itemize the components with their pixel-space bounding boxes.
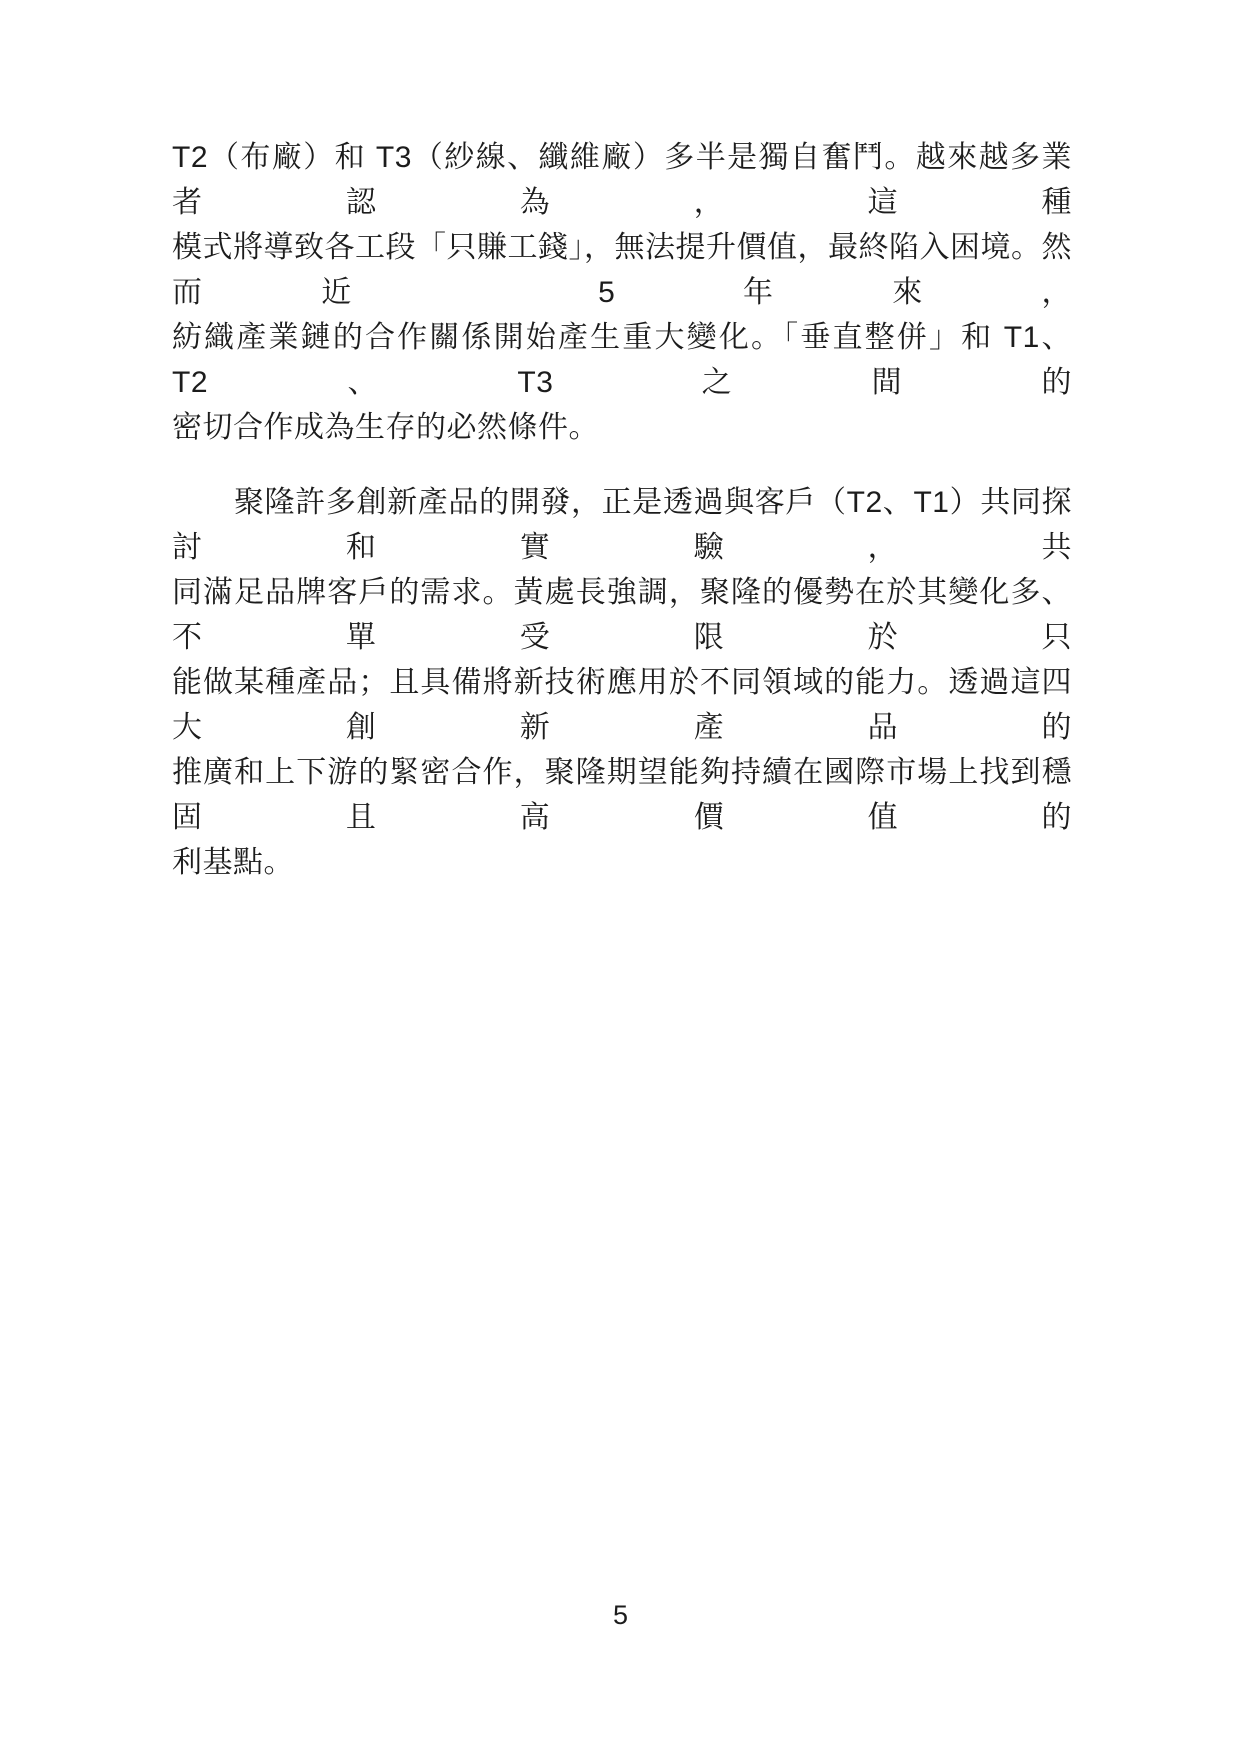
page-number: 5 xyxy=(0,1595,1241,1635)
paragraph-1-line-1: T2（布廠）和 T3（紗線、纖維廠）多半是獨自奮鬥。越來越多業者認為，這種 xyxy=(172,135,1072,225)
paragraph-2-line-4: 推廣和上下游的緊密合作，聚隆期望能夠持續在國際市場上找到穩固且高價值的 xyxy=(172,750,1072,840)
paragraph-1-line-3: 紡織產業鏈的合作關係開始產生重大變化。「垂直整併」和 T1、T2、T3 之間的 xyxy=(172,315,1072,405)
paragraph-1-line-2: 模式將導致各工段「只賺工錢」，無法提升價值，最終陷入困境。然而近 5 年來， xyxy=(172,225,1072,315)
paragraph-2-line-5: 利基點。 xyxy=(172,840,1072,885)
paragraph-2: 聚隆許多創新產品的開發，正是透過與客戶（T2、T1）共同探討和實驗，共 同滿足品… xyxy=(172,480,1072,885)
paragraph-2-line-1: 聚隆許多創新產品的開發，正是透過與客戶（T2、T1）共同探討和實驗，共 xyxy=(172,480,1072,570)
paragraph-2-line-2: 同滿足品牌客戶的需求。黃處長強調，聚隆的優勢在於其變化多、不單受限於只 xyxy=(172,570,1072,660)
document-page: T2（布廠）和 T3（紗線、纖維廠）多半是獨自奮鬥。越來越多業者認為，這種 模式… xyxy=(0,0,1241,1755)
paragraph-1: T2（布廠）和 T3（紗線、纖維廠）多半是獨自奮鬥。越來越多業者認為，這種 模式… xyxy=(172,135,1072,450)
paragraph-1-line-4: 密切合作成為生存的必然條件。 xyxy=(172,405,1072,450)
paragraph-2-line-3: 能做某種產品；且具備將新技術應用於不同領域的能力。透過這四大創新產品的 xyxy=(172,660,1072,750)
document-body: T2（布廠）和 T3（紗線、纖維廠）多半是獨自奮鬥。越來越多業者認為，這種 模式… xyxy=(172,135,1072,885)
